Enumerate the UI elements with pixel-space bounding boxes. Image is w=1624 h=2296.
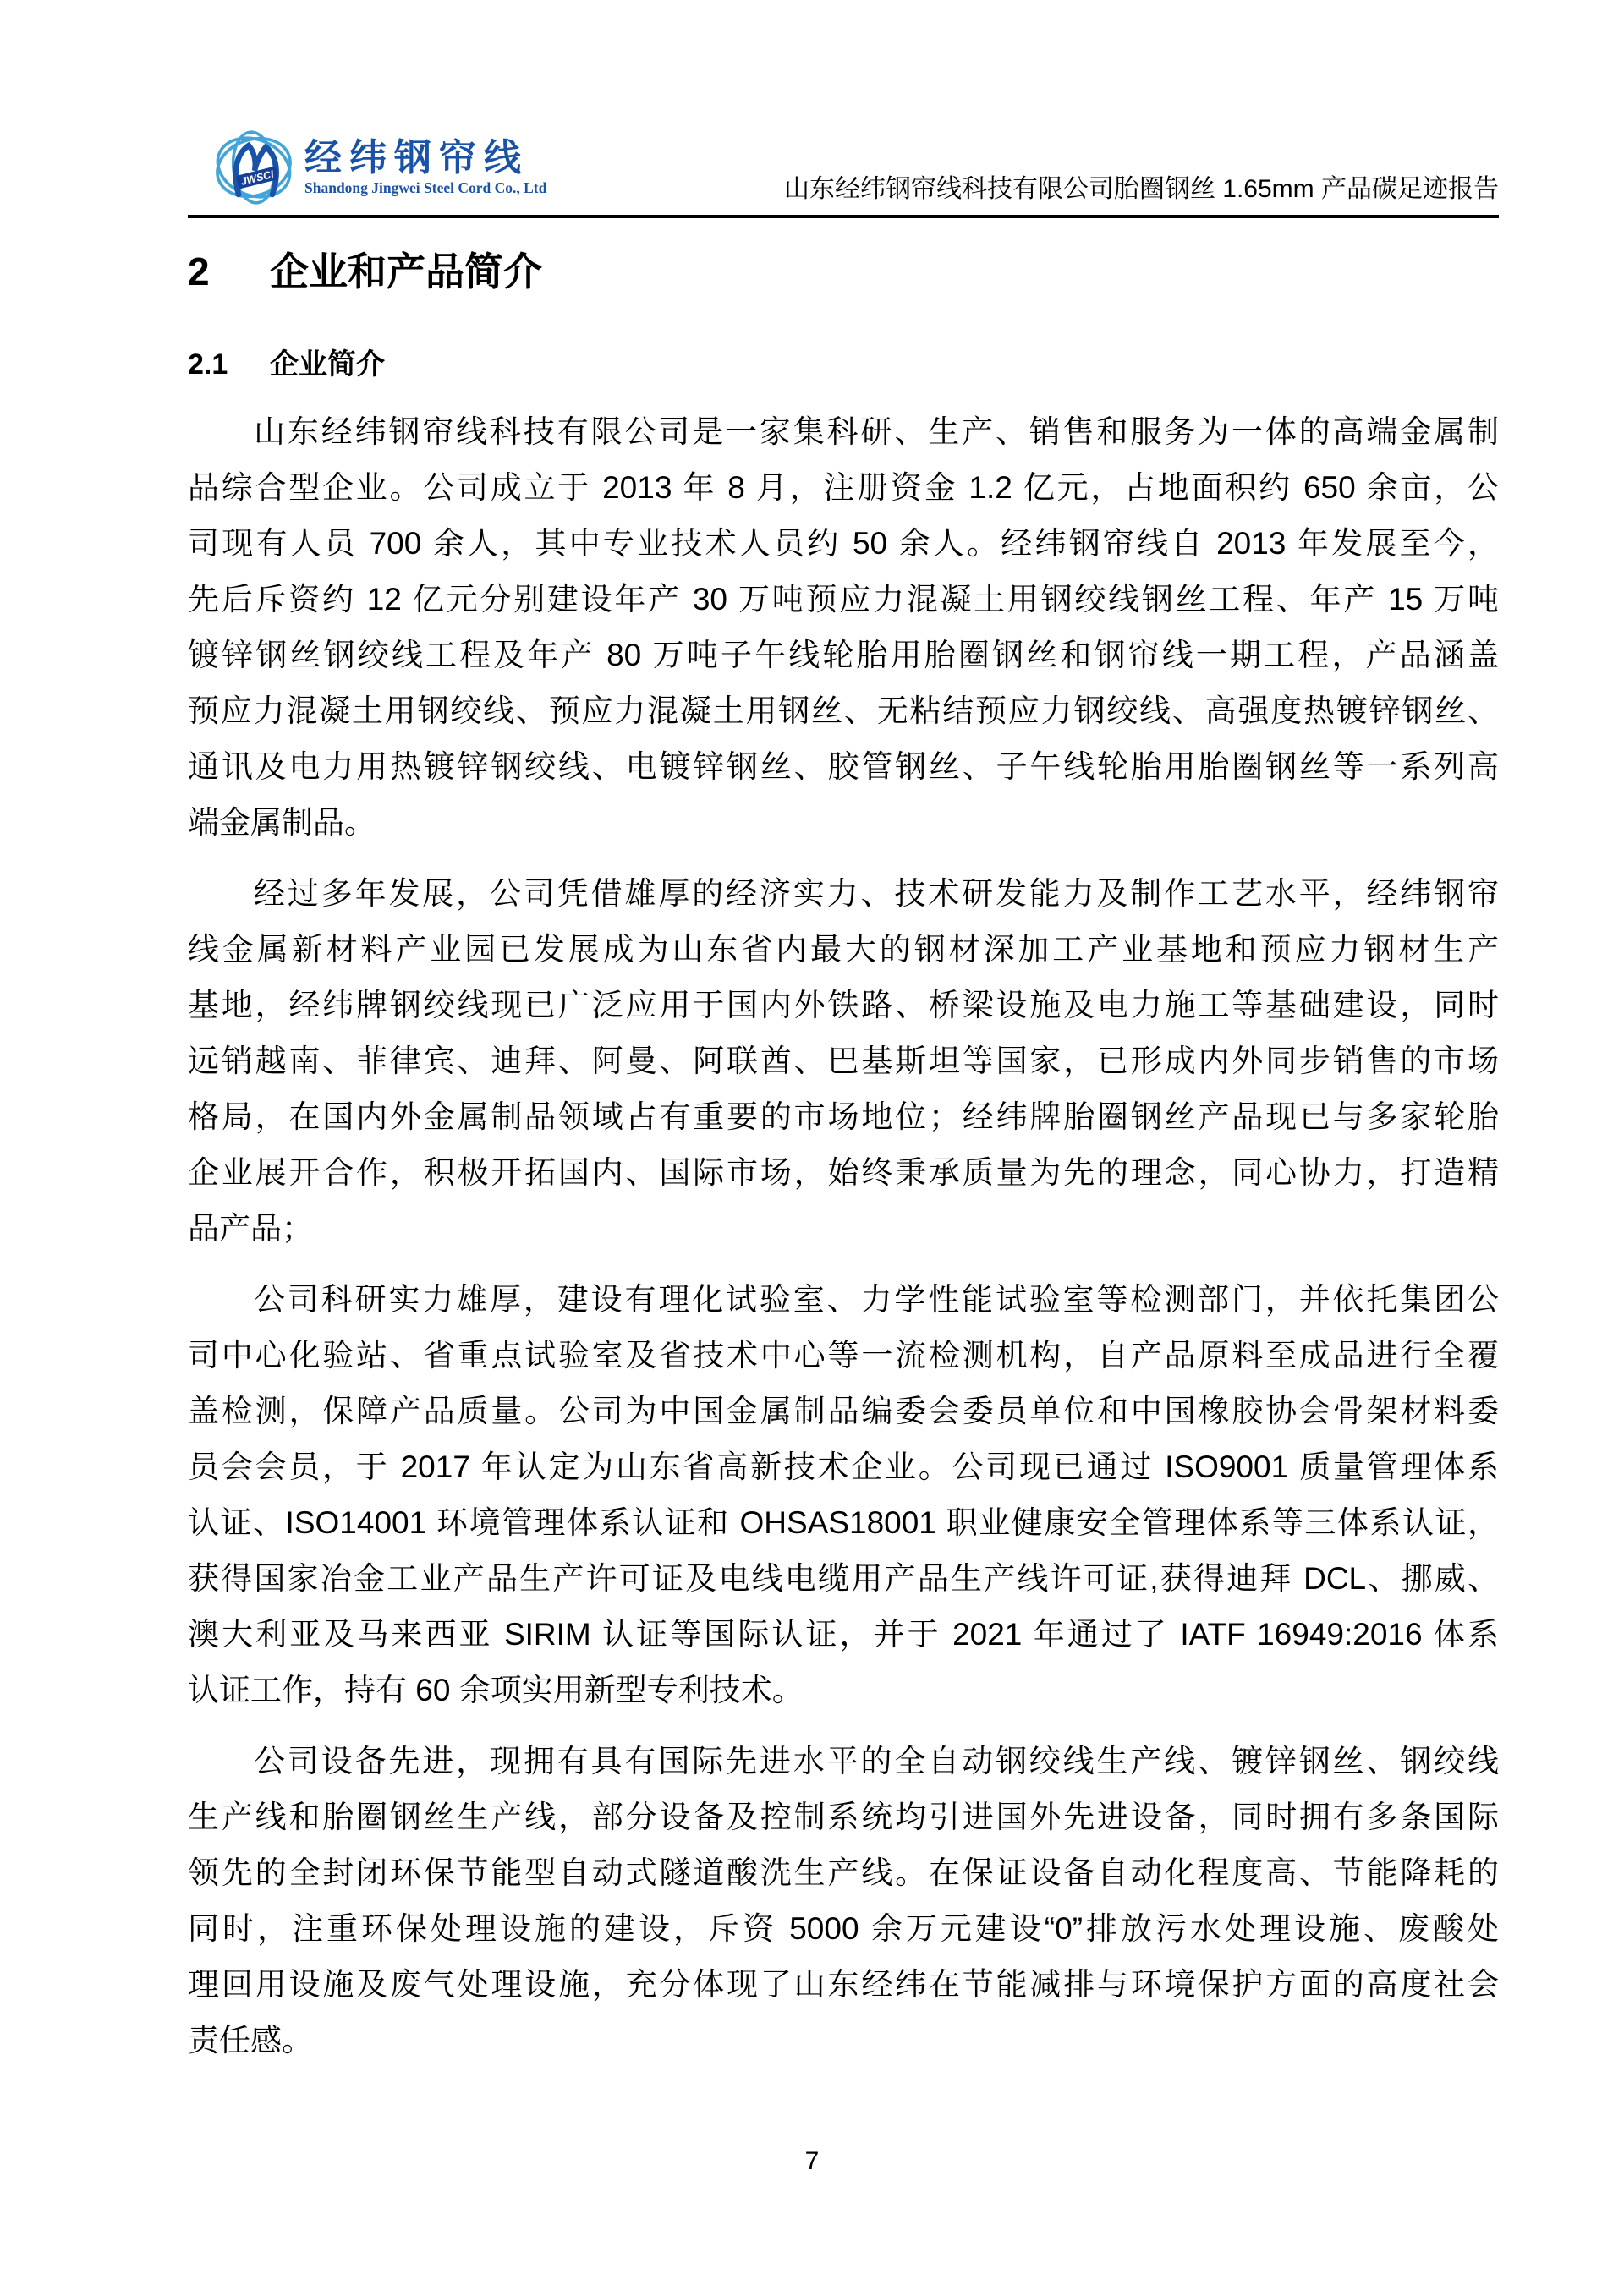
paragraph-line: 山东经纬钢帘线科技有限公司是一家集科研、生产、销售和服务为一体的高端金属制 bbox=[188, 404, 1499, 460]
paragraph-line: 生产线和胎圈钢丝生产线，部分设备及控制系统均引进国外先进设备，同时拥有多条国际 bbox=[188, 1789, 1499, 1845]
paragraph-line: 司中心化验站、省重点试验室及省技术中心等一流检测机构，自产品原料至成品进行全覆 bbox=[188, 1328, 1499, 1384]
paragraph-line: 澳大利亚及马来西亚 SIRIM 认证等国际认证，并于 2021 年通过了 IAT… bbox=[188, 1607, 1499, 1663]
paragraph-line: 通讯及电力用热镀锌钢绞线、电镀锌钢丝、胶管钢丝、子午线轮胎用胎圈钢丝等一系列高 bbox=[188, 739, 1499, 795]
globe-logo-icon: JWSCI bbox=[211, 127, 296, 208]
paragraph-line: 认证、ISO14001 环境管理体系认证和 OHSAS18001 职业健康安全管… bbox=[188, 1495, 1499, 1551]
section-number: 2 bbox=[188, 249, 270, 295]
paragraph-line: 盖检测，保障产品质量。公司为中国金属制品编委会委员单位和中国橡胶协会骨架材料委 bbox=[188, 1384, 1499, 1439]
header-divider bbox=[188, 215, 1499, 218]
paragraph: 山东经纬钢帘线科技有限公司是一家集科研、生产、销售和服务为一体的高端金属制品综合… bbox=[188, 404, 1499, 851]
paragraph-line: 公司科研实力雄厚，建设有理化试验室、力学性能试验室等检测部门，并依托集团公 bbox=[188, 1272, 1499, 1328]
paragraph-line: 责任感。 bbox=[188, 2013, 1499, 2069]
paragraph-line: 理回用设施及废气处理设施，充分体现了山东经纬在节能减排与环境保护方面的高度社会 bbox=[188, 1957, 1499, 2013]
paragraph-line: 公司设备先进，现拥有具有国际先进水平的全自动钢绞线生产线、镀锌钢丝、钢绞线 bbox=[188, 1734, 1499, 1789]
paragraph-line: 远销越南、菲律宾、迪拜、阿曼、阿联酋、巴基斯坦等国家，已形成内外同步销售的市场 bbox=[188, 1033, 1499, 1089]
paragraph-line: 品综合型企业。公司成立于 2013 年 8 月，注册资金 1.2 亿元，占地面积… bbox=[188, 460, 1499, 516]
paragraph-line: 员会会员，于 2017 年认定为山东省高新技术企业。公司现已通过 ISO9001… bbox=[188, 1439, 1499, 1495]
section-title: 企业和产品简介 bbox=[270, 249, 542, 295]
page-content: JWSCI 经纬钢帘线 Shandong Jingwei Steel Cord … bbox=[0, 0, 1624, 2069]
paragraph-line: 线金属新材料产业园已发展成为山东省内最大的钢材深加工产业基地和预应力钢材生产 bbox=[188, 922, 1499, 978]
paragraph-line: 格局，在国内外金属制品领域占有重要的市场地位；经纬牌胎圈钢丝产品现已与多家轮胎 bbox=[188, 1089, 1499, 1145]
paragraph-line: 领先的全封闭环保节能型自动式隧道酸洗生产线。在保证设备自动化程度高、节能降耗的 bbox=[188, 1845, 1499, 1901]
paragraph-line: 基地，经纬牌钢绞线现已广泛应用于国内外铁路、桥梁设施及电力施工等基础建设，同时 bbox=[188, 978, 1499, 1033]
paragraph: 公司科研实力雄厚，建设有理化试验室、力学性能试验室等检测部门，并依托集团公司中心… bbox=[188, 1272, 1499, 1718]
document-title: 山东经纬钢帘线科技有限公司胎圈钢丝 1.65mm 产品碳足迹报告 bbox=[784, 167, 1499, 208]
paragraph-line: 认证工作，持有 60 余项实用新型专利技术。 bbox=[188, 1663, 1499, 1718]
paragraph-line: 镀锌钢丝钢绞线工程及年产 80 万吨子午线轮胎用胎圈钢丝和钢帘线一期工程，产品涵… bbox=[188, 627, 1499, 683]
paragraph-line: 预应力混凝土用钢绞线、预应力混凝土用钢丝、无粘结预应力钢绞线、高强度热镀锌钢丝、 bbox=[188, 683, 1499, 739]
paragraph-line: 先后斥资约 12 亿元分别建设年产 30 万吨预应力混凝土用钢绞线钢丝工程、年产… bbox=[188, 572, 1499, 627]
company-logo: JWSCI 经纬钢帘线 Shandong Jingwei Steel Cord … bbox=[211, 127, 546, 208]
page-header: JWSCI 经纬钢帘线 Shandong Jingwei Steel Cord … bbox=[188, 117, 1499, 208]
paragraph-line: 司现有人员 700 余人，其中专业技术人员约 50 余人。经纬钢帘线自 2013… bbox=[188, 516, 1499, 572]
paragraph-line: 端金属制品。 bbox=[188, 795, 1499, 851]
paragraph-line: 获得国家冶金工业产品生产许可证及电线电缆用产品生产线许可证,获得迪拜 DCL、挪… bbox=[188, 1551, 1499, 1607]
body-paragraphs: 山东经纬钢帘线科技有限公司是一家集科研、生产、销售和服务为一体的高端金属制品综合… bbox=[188, 404, 1499, 2069]
subsection-number: 2.1 bbox=[188, 348, 270, 382]
logo-name-en: Shandong Jingwei Steel Cord Co., Ltd bbox=[304, 180, 546, 195]
section-heading: 2 企业和产品简介 bbox=[188, 249, 1499, 295]
paragraph-line: 经过多年发展，公司凭借雄厚的经济实力、技术研发能力及制作工艺水平，经纬钢帘 bbox=[188, 866, 1499, 922]
report-page: JWSCI 经纬钢帘线 Shandong Jingwei Steel Cord … bbox=[0, 0, 1624, 2296]
paragraph-line: 品产品； bbox=[188, 1201, 1499, 1257]
subsection-title: 企业简介 bbox=[270, 348, 385, 382]
logo-text: 经纬钢帘线 Shandong Jingwei Steel Cord Co., L… bbox=[304, 139, 546, 196]
paragraph-line: 企业展开合作，积极开拓国内、国际市场，始终秉承质量为先的理念，同心协力，打造精 bbox=[188, 1145, 1499, 1201]
subsection-heading: 2.1 企业简介 bbox=[188, 348, 1499, 382]
paragraph: 公司设备先进，现拥有具有国际先进水平的全自动钢绞线生产线、镀锌钢丝、钢绞线生产线… bbox=[188, 1734, 1499, 2069]
paragraph-line: 同时，注重环保处理设施的建设，斥资 5000 余万元建设“0”排放污水处理设施、… bbox=[188, 1901, 1499, 1957]
logo-badge-text: JWSCI bbox=[239, 168, 275, 188]
paragraph: 经过多年发展，公司凭借雄厚的经济实力、技术研发能力及制作工艺水平，经纬钢帘线金属… bbox=[188, 866, 1499, 1257]
logo-name-cn: 经纬钢帘线 bbox=[304, 139, 546, 178]
page-number: 7 bbox=[0, 2147, 1624, 2176]
